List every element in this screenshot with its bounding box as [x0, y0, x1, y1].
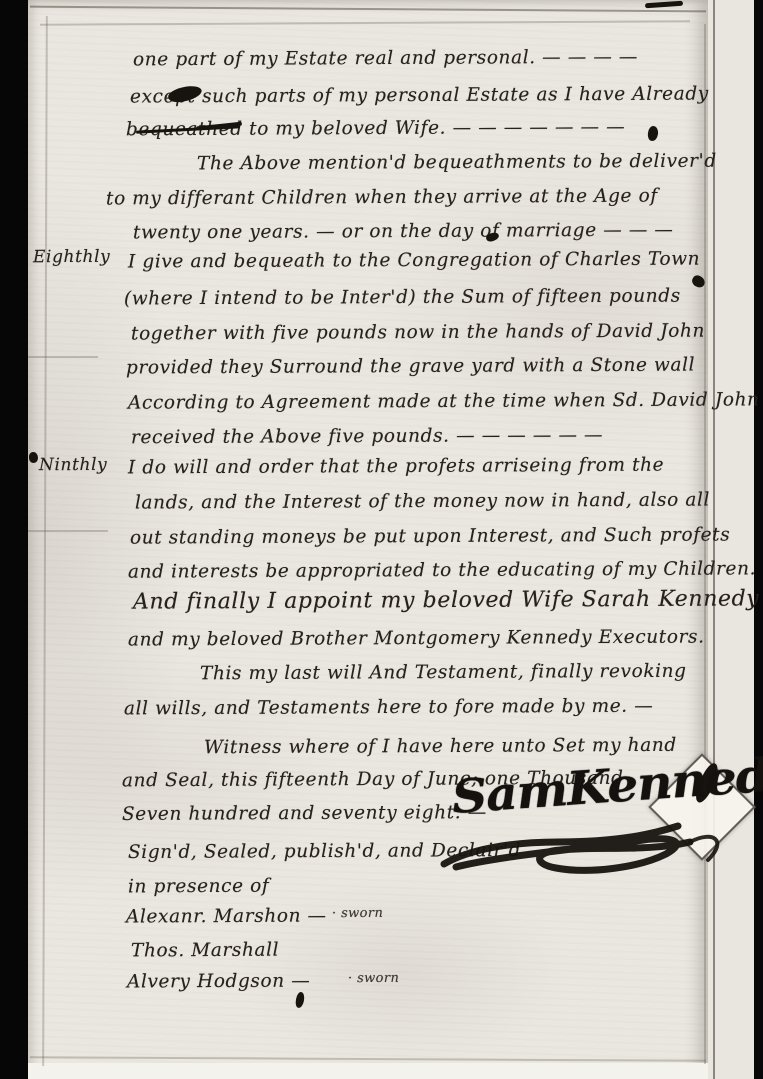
manuscript-line: According to Agreement made at the time …	[128, 389, 760, 413]
manuscript-line: I give and bequeath to the Congregation …	[128, 249, 700, 273]
margin-note-ninthly: Ninthly	[39, 455, 107, 475]
attestation-line: in presence of	[128, 876, 269, 898]
manuscript-line: to my differant Children when they arriv…	[106, 186, 658, 210]
witness-name-2: Thos. Marshall	[131, 940, 279, 962]
paper-fold-stub-1	[28, 356, 98, 358]
manuscript-line: This my last will And Testament, finally…	[200, 661, 687, 685]
manuscript-line: together with five pounds now in the han…	[131, 320, 705, 344]
witness-sworn-1: · sworn	[332, 906, 383, 921]
manuscript-line: provided they Surround the grave yard wi…	[126, 355, 695, 379]
ink-blot	[29, 452, 38, 463]
manuscript-line: And finally I appoint my beloved Wife Sa…	[133, 586, 759, 614]
witness-sworn-3: · sworn	[348, 971, 399, 986]
margin-note-eighthly: Eighthly	[33, 247, 110, 267]
manuscript-line: Witness where of I have here unto Set my…	[204, 735, 677, 758]
manuscript-line: The Above mention'd bequeathments to be …	[197, 151, 717, 175]
manuscript-line: I do will and order that the profets arr…	[128, 455, 664, 479]
scanned-will-page: Eighthly Ninthly one part of my Estate r…	[0, 0, 763, 1079]
manuscript-line: received the Above five pounds. — — — — …	[131, 425, 603, 448]
manuscript-line: lands, and the Interest of the money now…	[135, 489, 710, 513]
manuscript-line: Seven hundred and seventy eight. —	[122, 802, 487, 825]
scan-border-right	[754, 0, 763, 1079]
paper-torn-bottom-edge	[28, 1063, 708, 1079]
manuscript-line: all wills, and Testaments here to fore m…	[124, 696, 653, 720]
manuscript-line: and interests be appropriated to the edu…	[128, 558, 756, 582]
witness-name-3: Alvery Hodgson —	[127, 971, 310, 993]
signature-flourish	[438, 812, 748, 887]
manuscript-line: twenty one years. — or on the day of mar…	[133, 220, 674, 244]
manuscript-line: (where I intend to be Inter'd) the Sum o…	[124, 286, 681, 310]
manuscript-line: except such parts of my personal Estate …	[130, 83, 709, 107]
witness-name-1: Alexanr. Marshon —	[126, 905, 327, 927]
manuscript-line: one part of my Estate real and personal.…	[133, 47, 638, 71]
manuscript-line: out standing moneys be put upon Interest…	[130, 524, 730, 548]
paper-fold-stub-2	[28, 530, 108, 532]
manuscript-line: and my beloved Brother Montgomery Kenned…	[128, 626, 705, 650]
scan-border-left	[0, 0, 28, 1079]
